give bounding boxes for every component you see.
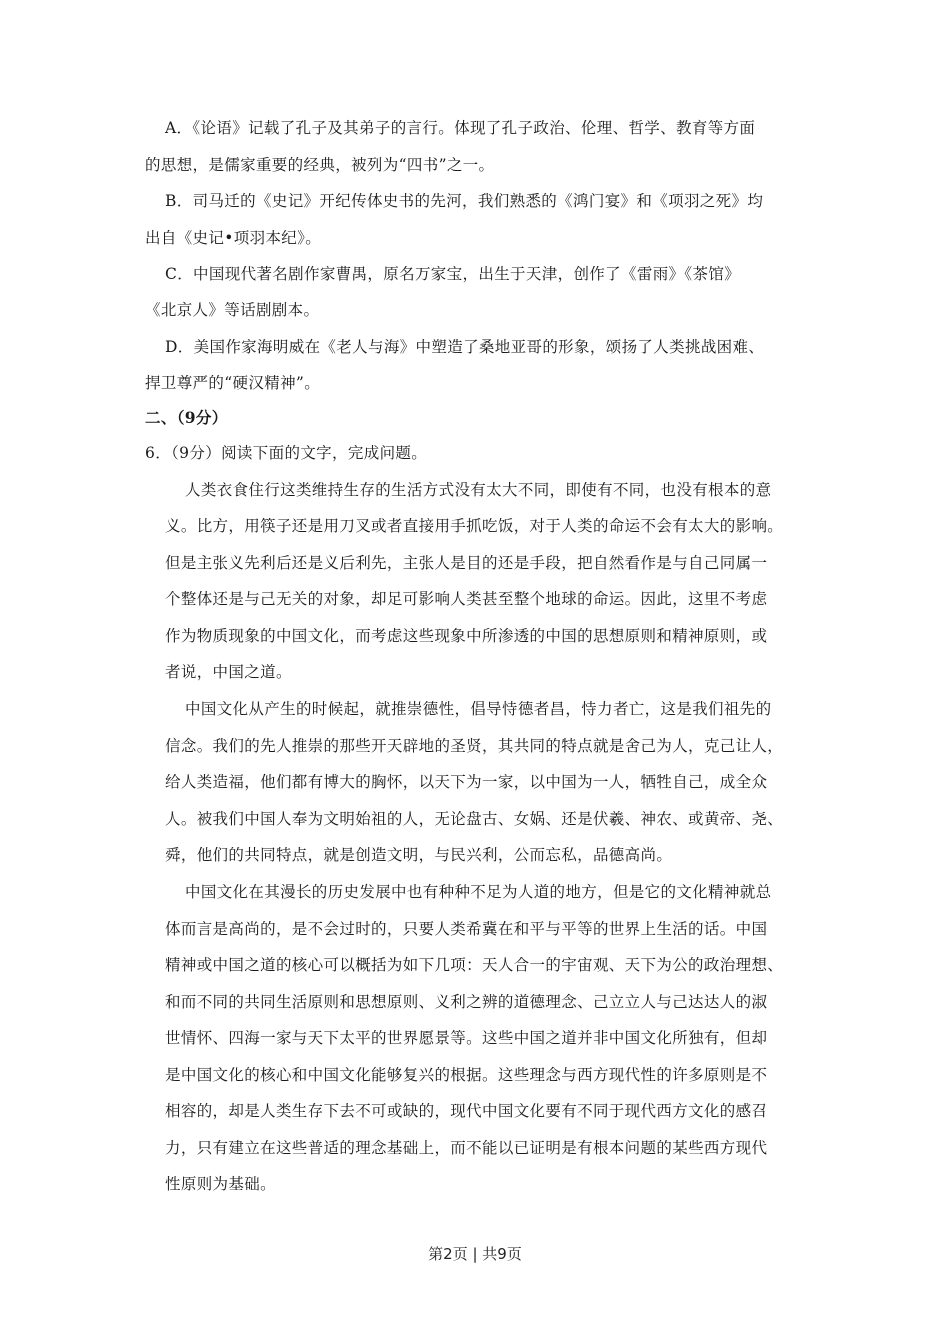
option-a-line-1: A．《论语》记载了孔子及其弟子的言行。体现了孔子政治、伦理、哲学、教育等方面 (165, 118, 755, 138)
option-d-line-2: 捍卫尊严的“硬汉精神”。 (145, 373, 320, 393)
option-d-line-1: D．美国作家海明威在《老人与海》中塑造了桑地亚哥的形象，颂扬了人类挑战困难、 (165, 337, 764, 357)
question-prompt: 6．（9分）阅读下面的文字，完成问题。 (145, 443, 427, 463)
passage-p3-line-1: 中国文化在其漫长的历史发展中也有种种不足为人道的地方，但是它的文化精神就总 (185, 882, 771, 902)
passage-p3-line-8: 力，只有建立在这些普适的理念基础上，而不能以已证明是有根本问题的某些西方现代 (165, 1138, 767, 1158)
passage-p1-line-4: 个整体还是与己无关的对象，却足可影响人类甚至整个地球的命运。因此，这里不考虑 (165, 589, 767, 609)
option-a-line-2: 的思想，是儒家重要的经典，被列为“四书”之一。 (145, 155, 494, 175)
passage-p2-line-5: 舜，他们的共同特点，就是创造文明，与民兴利，公而忘私，品德高尚。 (165, 845, 672, 865)
passage-p2-line-1: 中国文化从产生的时候起，就推崇德性，倡导恃德者昌，恃力者亡，这是我们祖先的 (185, 699, 771, 719)
passage-p3-line-4: 和而不同的共同生活原则和思想原则、义利之辨的道德理念、己立立人与己达达人的淑 (165, 992, 767, 1012)
passage-p3-line-5: 世情怀、四海一家与天下太平的世界愿景等。这些中国之道并非中国文化所独有，但却 (165, 1028, 767, 1048)
passage-p1-line-5: 作为物质现象的中国文化，而考虑这些现象中所渗透的中国的思想原则和精神原则，或 (165, 626, 767, 646)
page-number-footer: 第2页 | 共9页 (0, 1243, 950, 1264)
option-c-line-1: C．中国现代著名剧作家曹禺，原名万家宝，出生于天津，创作了《雷雨》《茶馆》 (165, 264, 740, 284)
passage-p1-line-2: 义。比方，用筷子还是用刀叉或者直接用手抓吃饭，对于人类的命运不会有太大的影响。 (165, 516, 783, 536)
passage-p1-line-1: 人类衣食住行这类维持生存的生活方式没有太大不同，即使有不同，也没有根本的意 (185, 480, 771, 500)
passage-p3-line-9: 性原则为基础。 (165, 1174, 276, 1194)
section-heading: 二、（9分） (145, 408, 228, 428)
option-b-line-1: B．司马迁的《史记》开纪传体史书的先河，我们熟悉的《鸿门宴》和《项羽之死》均 (165, 191, 763, 211)
passage-p2-line-3: 给人类造福，他们都有博大的胸怀，以天下为一家，以中国为一人，牺牲自己，成全众 (165, 772, 767, 792)
passage-p3-line-3: 精神或中国之道的核心可以概括为如下几项：天人合一的宇宙观、天下为公的政治理想、 (165, 955, 783, 975)
passage-p3-line-7: 相容的，却是人类生存下去不可或缺的，现代中国文化要有不同于现代西方文化的感召 (165, 1101, 767, 1121)
passage-p2-line-2: 信念。我们的先人推崇的那些开天辟地的圣贤，其共同的特点就是舍己为人，克己让人， (165, 736, 783, 756)
option-b-line-2: 出自《史记•项羽本纪》。 (145, 228, 321, 248)
passage-p2-line-4: 人。被我们中国人奉为文明始祖的人，无论盘古、女娲、还是伏羲、神农、或黄帝、尧、 (165, 809, 783, 829)
option-c-line-2: 《北京人》等话剧剧本。 (145, 300, 319, 320)
passage-p1-line-6: 者说，中国之道。 (165, 662, 292, 682)
passage-p1-line-3: 但是主张义先利后还是义后利先，主张人是目的还是手段，把自然看作是与自己同属一 (165, 553, 767, 573)
document-page: A．《论语》记载了孔子及其弟子的言行。体现了孔子政治、伦理、哲学、教育等方面 的… (0, 0, 950, 1344)
passage-p3-line-2: 体而言是高尚的，是不会过时的，只要人类希冀在和平与平等的世界上生活的话。中国 (165, 919, 767, 939)
passage-p3-line-6: 是中国文化的核心和中国文化能够复兴的根据。这些理念与西方现代性的许多原则是不 (165, 1065, 767, 1085)
